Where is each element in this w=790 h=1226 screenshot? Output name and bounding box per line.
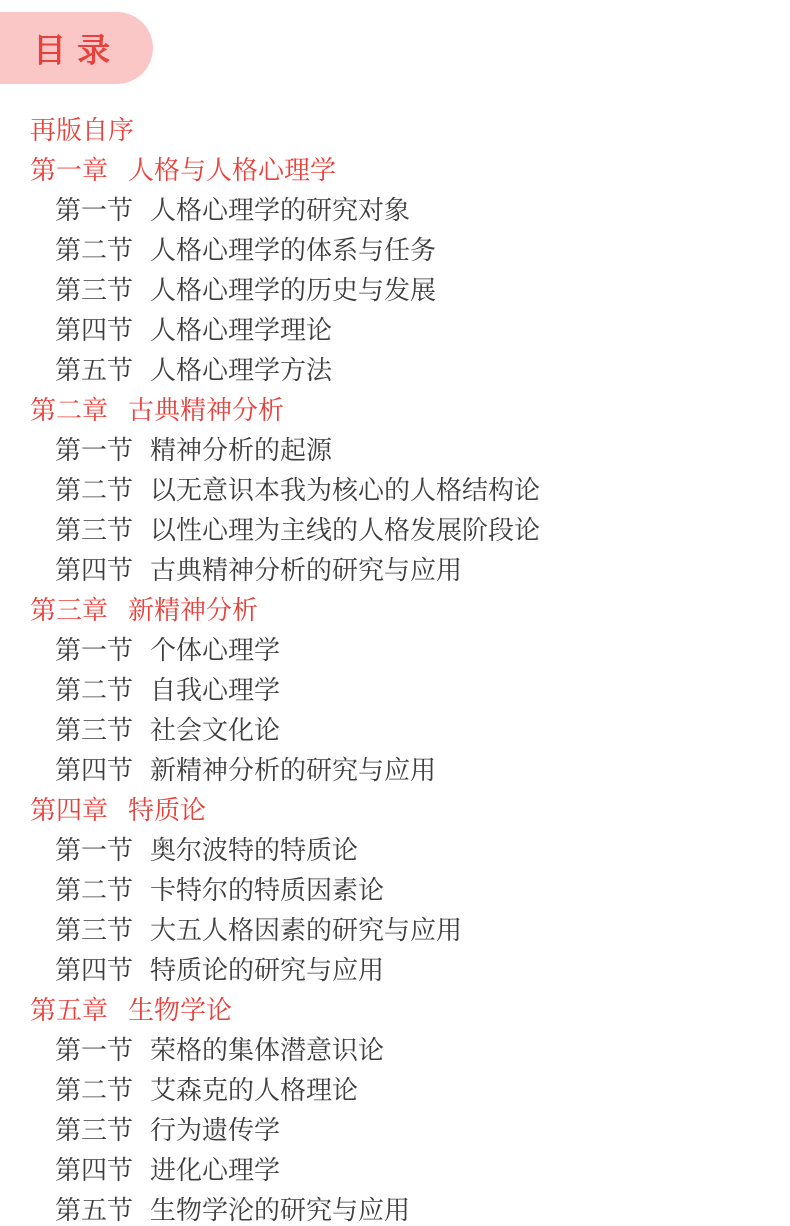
toc-entry-title: 以无意识本我为核心的人格结构论 xyxy=(150,470,540,510)
toc-entry-title: 生物学沦的研究与应用 xyxy=(150,1190,410,1226)
toc-entry[interactable]: 第三章 新精神分析 xyxy=(0,590,790,630)
toc-entry-label: 第二节 xyxy=(55,470,133,510)
toc-entry-title: 奥尔波特的特质论 xyxy=(150,830,358,870)
toc-entry-label: 第四节 xyxy=(55,310,133,350)
toc-entry-label: 第二章 xyxy=(30,390,108,430)
toc-entry-title: 特质论 xyxy=(128,790,206,830)
toc-entry-title: 精神分析的起源 xyxy=(150,430,332,470)
toc-entry[interactable]: 第一节 个体心理学 xyxy=(0,630,790,670)
toc-entry-label: 第四节 xyxy=(55,1150,133,1190)
toc-entry[interactable]: 第二节 卡特尔的特质因素论 xyxy=(0,870,790,910)
toc-header-title: 目 录 xyxy=(33,25,111,72)
toc-entry[interactable]: 第二章 古典精神分析 xyxy=(0,390,790,430)
toc-entry-title: 古典精神分析 xyxy=(128,390,284,430)
toc-entry-title: 新精神分析 xyxy=(128,590,258,630)
toc-page: 目 录 再版自序 第一章 人格与人格心理学 第一节 人格心理学的研究对象 第二节… xyxy=(0,0,790,1226)
toc-entry[interactable]: 第一节 精神分析的起源 xyxy=(0,430,790,470)
toc-entry-title: 荣格的集体潜意识论 xyxy=(150,1030,384,1070)
toc-entry-label: 第一节 xyxy=(55,630,133,670)
toc-entry-title: 生物学论 xyxy=(128,990,232,1030)
toc-entry-title: 行为遗传学 xyxy=(150,1110,280,1150)
toc-entry-label: 第三节 xyxy=(55,1110,133,1150)
toc-entry[interactable]: 第二节 自我心理学 xyxy=(0,670,790,710)
toc-entry-title: 人格心理学方法 xyxy=(150,350,332,390)
toc-entry-label: 第三章 xyxy=(30,590,108,630)
toc-entry-label: 第二节 xyxy=(55,870,133,910)
toc-entry[interactable]: 第一节 荣格的集体潜意识论 xyxy=(0,1030,790,1070)
toc-entry-label: 第三节 xyxy=(55,270,133,310)
toc-entry[interactable]: 第四节 古典精神分析的研究与应用 xyxy=(0,550,790,590)
toc-entry-title: 人格心理学的研究对象 xyxy=(150,190,410,230)
toc-entry-label: 第四章 xyxy=(30,790,108,830)
toc-entry[interactable]: 第二节 艾森克的人格理论 xyxy=(0,1070,790,1110)
toc-entry-label: 第三节 xyxy=(55,510,133,550)
toc-entry[interactable]: 第五节 生物学沦的研究与应用 xyxy=(0,1190,790,1226)
toc-entry[interactable]: 第四节 人格心理学理论 xyxy=(0,310,790,350)
toc-entry-label: 第五节 xyxy=(55,350,133,390)
toc-entry-title: 卡特尔的特质因素论 xyxy=(150,870,384,910)
toc-entry[interactable]: 第一节 奥尔波特的特质论 xyxy=(0,830,790,870)
toc-entry-label: 第三节 xyxy=(55,910,133,950)
toc-entry[interactable]: 第三节 人格心理学的历史与发展 xyxy=(0,270,790,310)
toc-entry-title: 个体心理学 xyxy=(150,630,280,670)
toc-header-badge: 目 录 xyxy=(0,12,153,84)
toc-entry[interactable]: 第四节 特质论的研究与应用 xyxy=(0,950,790,990)
toc-entry[interactable]: 第一章 人格与人格心理学 xyxy=(0,150,790,190)
toc-entry-label: 第四节 xyxy=(55,550,133,590)
toc-entry-title: 人格心理学理论 xyxy=(150,310,332,350)
toc-entry-label: 第一节 xyxy=(55,190,133,230)
toc-entry[interactable]: 第三节 行为遗传学 xyxy=(0,1110,790,1150)
toc-entry-title: 人格心理学的体系与任务 xyxy=(150,230,436,270)
toc-entry-title: 古典精神分析的研究与应用 xyxy=(150,550,462,590)
toc-entry[interactable]: 第二节 人格心理学的体系与任务 xyxy=(0,230,790,270)
toc-entry[interactable]: 第二节 以无意识本我为核心的人格结构论 xyxy=(0,470,790,510)
toc-entry[interactable]: 第四章 特质论 xyxy=(0,790,790,830)
toc-entry[interactable]: 第四节 进化心理学 xyxy=(0,1150,790,1190)
toc-entry[interactable]: 第三节 以性心理为主线的人格发展阶段论 xyxy=(0,510,790,550)
toc-entry-label: 再版自序 xyxy=(30,110,134,150)
toc-entry-title: 人格与人格心理学 xyxy=(128,150,336,190)
toc-entry-label: 第四节 xyxy=(55,750,133,790)
toc-entry-title: 新精神分析的研究与应用 xyxy=(150,750,436,790)
toc-entry-title: 自我心理学 xyxy=(150,670,280,710)
toc-entry-label: 第二节 xyxy=(55,1070,133,1110)
toc-entry-label: 第一节 xyxy=(55,830,133,870)
toc-entry-title: 大五人格因素的研究与应用 xyxy=(150,910,462,950)
toc-entry[interactable]: 第一节 人格心理学的研究对象 xyxy=(0,190,790,230)
toc-entry-label: 第二节 xyxy=(55,230,133,270)
toc-entry-title: 艾森克的人格理论 xyxy=(150,1070,358,1110)
toc-entry-label: 第四节 xyxy=(55,950,133,990)
toc-entry[interactable]: 第三节 社会文化论 xyxy=(0,710,790,750)
toc-entry-title: 特质论的研究与应用 xyxy=(150,950,384,990)
toc-entry-title: 社会文化论 xyxy=(150,710,280,750)
toc-entry-title: 人格心理学的历史与发展 xyxy=(150,270,436,310)
toc-entry[interactable]: 第五章 生物学论 xyxy=(0,990,790,1030)
toc-entry[interactable]: 再版自序 xyxy=(0,110,790,150)
toc-entry-title: 进化心理学 xyxy=(150,1150,280,1190)
toc-list: 再版自序 第一章 人格与人格心理学 第一节 人格心理学的研究对象 第二节 人格心… xyxy=(0,110,790,1226)
toc-entry[interactable]: 第五节 人格心理学方法 xyxy=(0,350,790,390)
toc-entry-label: 第一节 xyxy=(55,1030,133,1070)
toc-entry[interactable]: 第四节 新精神分析的研究与应用 xyxy=(0,750,790,790)
toc-entry-label: 第三节 xyxy=(55,710,133,750)
toc-entry[interactable]: 第三节 大五人格因素的研究与应用 xyxy=(0,910,790,950)
toc-entry-label: 第五节 xyxy=(55,1190,133,1226)
toc-entry-title: 以性心理为主线的人格发展阶段论 xyxy=(150,510,540,550)
toc-entry-label: 第五章 xyxy=(30,990,108,1030)
toc-entry-label: 第一节 xyxy=(55,430,133,470)
toc-entry-label: 第二节 xyxy=(55,670,133,710)
toc-entry-label: 第一章 xyxy=(30,150,108,190)
